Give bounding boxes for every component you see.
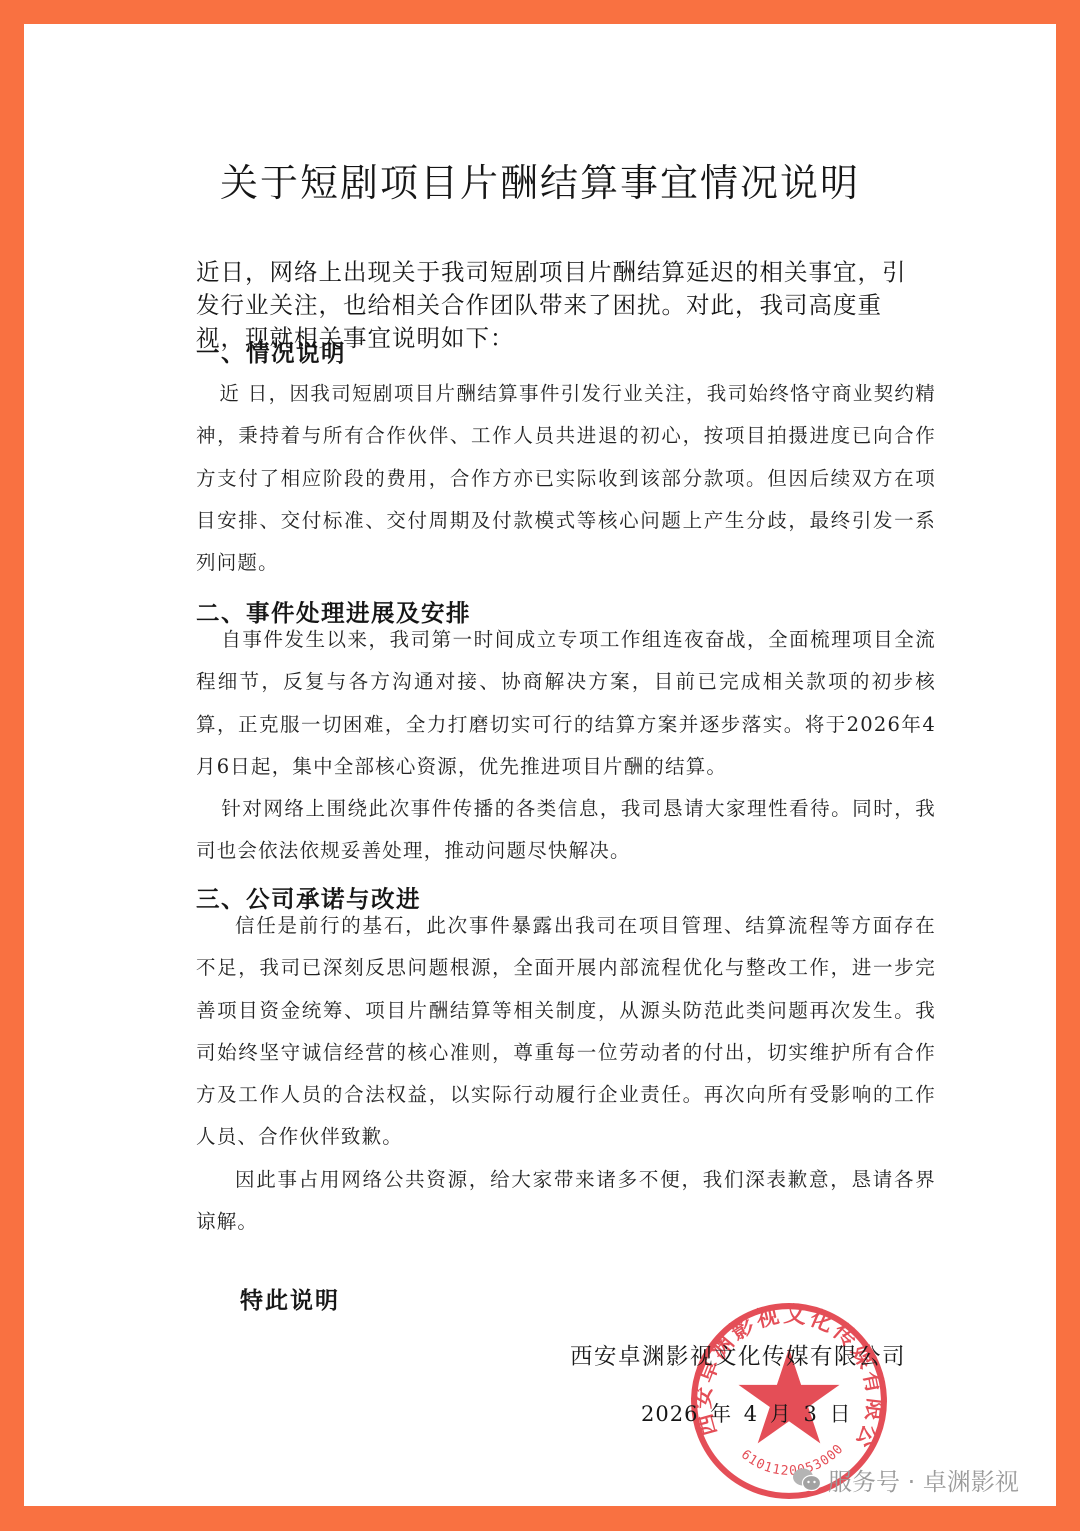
section-1-paragraph-1: 近 日，因我司短剧项目片酬结算事件引发行业关注，我司始终恪守商业契约精神，秉持着… bbox=[196, 373, 936, 584]
document-title: 关于短剧项目片酬结算事宜情况说明 bbox=[24, 152, 1056, 207]
wechat-icon bbox=[792, 1467, 822, 1493]
section-2-paragraph-2: 针对网络上围绕此次事件传播的各类信息，我司恳请大家理性看待。同时，我司也会依法依… bbox=[196, 788, 936, 873]
section-2-paragraph-1: 自事件发生以来，我司第一时间成立专项工作组连夜奋战，全面梳理项目全流程细节，反复… bbox=[196, 619, 936, 788]
watermark-text: 服务号 · 卓渊影视 bbox=[828, 1462, 1019, 1497]
wechat-watermark: 服务号 · 卓渊影视 bbox=[792, 1462, 1019, 1497]
document-page: 关于短剧项目片酬结算事宜情况说明 近日，网络上出现关于我司短剧项目片酬结算延迟的… bbox=[24, 24, 1056, 1506]
closing-remark: 特此说明 bbox=[240, 1282, 340, 1315]
section-3-paragraph-1: 信任是前行的基石，此次事件暴露出我司在项目管理、结算流程等方面存在不足，我司已深… bbox=[196, 905, 936, 1159]
section-3-paragraph-2: 因此事占用网络公共资源，给大家带来诸多不便，我们深表歉意，恳请各界谅解。 bbox=[196, 1159, 936, 1244]
section-heading-1: 一、情况说明 bbox=[196, 334, 346, 368]
company-signature: 西安卓渊影视文化传媒有限公司 bbox=[570, 1339, 906, 1371]
signature-date: 2026 年 4 月 3 日 bbox=[641, 1398, 852, 1428]
